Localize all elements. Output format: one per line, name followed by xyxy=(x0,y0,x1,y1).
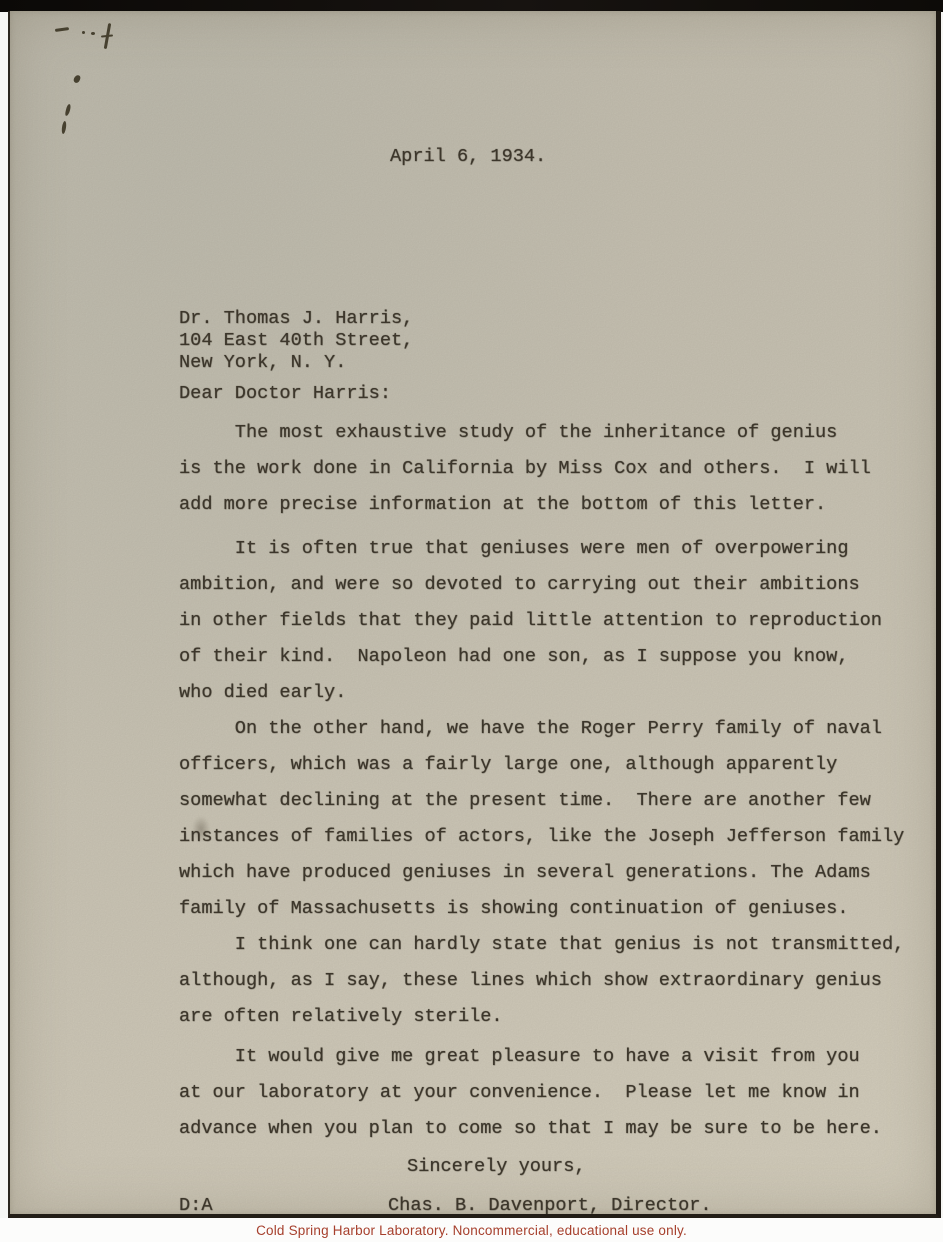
ink-mark-comma xyxy=(65,104,72,117)
recipient-address: Dr. Thomas J. Harris, 104 East 40th Stre… xyxy=(179,308,413,374)
closing: Sincerely yours, xyxy=(407,1155,586,1179)
paragraph-5: It would give me great pleasure to have … xyxy=(179,1039,882,1147)
paragraph-3: On the other hand, we have the Roger Per… xyxy=(179,711,904,927)
date-line: April 6, 1934. xyxy=(390,145,546,169)
typist-initials: D:A xyxy=(179,1194,212,1218)
paragraph-1: The most exhaustive study of the inherit… xyxy=(179,415,871,523)
letter-paper: April 6, 1934. Dr. Thomas J. Harris, 104… xyxy=(8,11,941,1218)
footer-strip: Cold Spring Harbor Laboratory. Noncommer… xyxy=(0,1218,943,1242)
ink-mark-blot xyxy=(73,74,81,84)
ink-mark-dot xyxy=(91,32,95,35)
ink-mark-apostrophe xyxy=(61,121,67,134)
paragraph-2: It is often true that geniuses were men … xyxy=(179,531,882,711)
salutation: Dear Doctor Harris: xyxy=(179,382,391,406)
paragraph-4: I think one can hardly state that genius… xyxy=(179,927,904,1035)
ink-mark-dot xyxy=(82,31,85,34)
ink-mark-dash xyxy=(55,27,69,32)
ink-mark-squiggle xyxy=(104,23,111,49)
ink-mark-squiggle-cross xyxy=(101,34,113,37)
footer-caption: Cold Spring Harbor Laboratory. Noncommer… xyxy=(256,1223,687,1238)
signature-line: Chas. B. Davenport, Director. xyxy=(388,1194,712,1218)
